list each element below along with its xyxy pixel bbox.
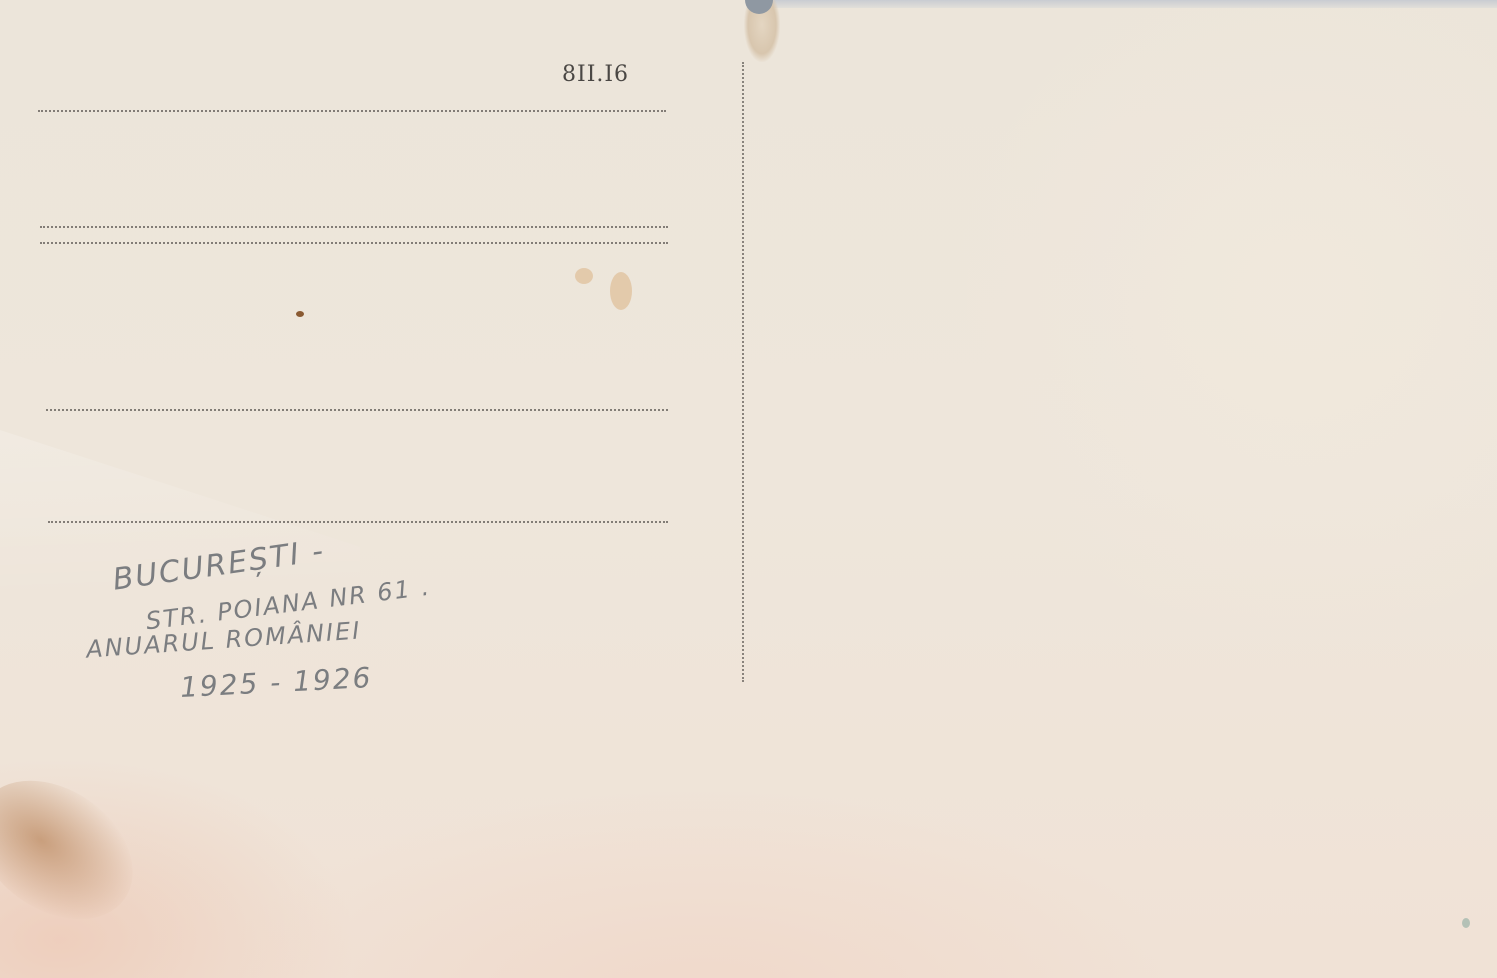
stain-spot	[575, 268, 593, 284]
address-line-3	[40, 242, 668, 244]
center-divider	[742, 62, 744, 682]
background-surface	[772, 0, 1497, 8]
postcard-back: 8II.I6 BUCUREȘTI - STR. POIANA NR 61 . A…	[0, 0, 1497, 978]
stain-dot	[296, 311, 304, 317]
stain-corner	[0, 752, 159, 948]
address-line-1	[38, 110, 666, 112]
stain-spot	[610, 272, 632, 310]
address-line-5	[48, 521, 668, 523]
address-line-4	[46, 409, 668, 411]
print-code: 8II.I6	[562, 62, 629, 87]
address-line-2	[40, 226, 668, 228]
stain-dot	[1462, 918, 1470, 928]
